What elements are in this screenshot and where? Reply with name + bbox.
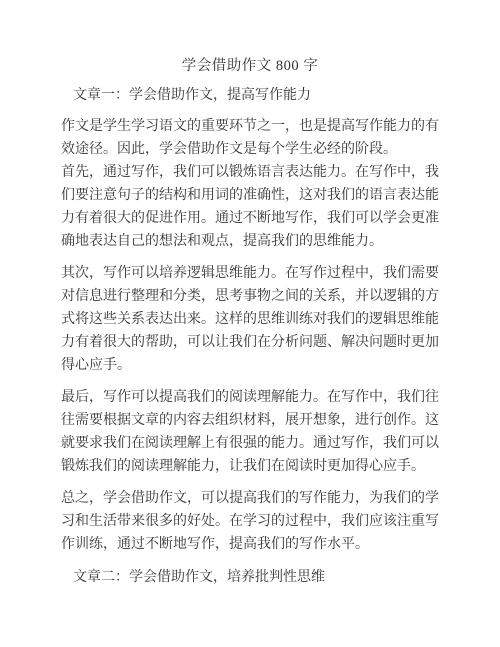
paragraph-second-point: 其次，写作可以培养逻辑思维能力。在写作过程中，我们需要对信息进行整理和分类，思考… <box>61 262 439 377</box>
section-2-heading: 文章二：学会借助作文，培养批判性思维 <box>61 566 439 589</box>
document-page: 学会借助作文 800 字 文章一：学会借助作文，提高写作能力 作文是学生学习语文… <box>0 0 500 647</box>
paragraph-conclusion: 总之，学会借助作文，可以提高我们的写作能力，为我们的学习和生活带来很多的好处。在… <box>61 487 439 556</box>
section-1-heading: 文章一：学会借助作文，提高写作能力 <box>61 84 439 107</box>
paragraph-intro: 作文是学生学习语文的重要环节之一，也是提高写作能力的有效途径。因此，学会借助作文… <box>61 115 439 161</box>
document-title: 学会借助作文 800 字 <box>61 55 439 78</box>
paragraph-third-point: 最后，写作可以提高我们的阅读理解能力。在写作中，我们往往需要根据文章的内容去组织… <box>61 386 439 478</box>
paragraph-first-point: 首先，通过写作，我们可以锻炼语言表达能力。在写作中，我们要注意句子的结构和用词的… <box>61 161 439 253</box>
